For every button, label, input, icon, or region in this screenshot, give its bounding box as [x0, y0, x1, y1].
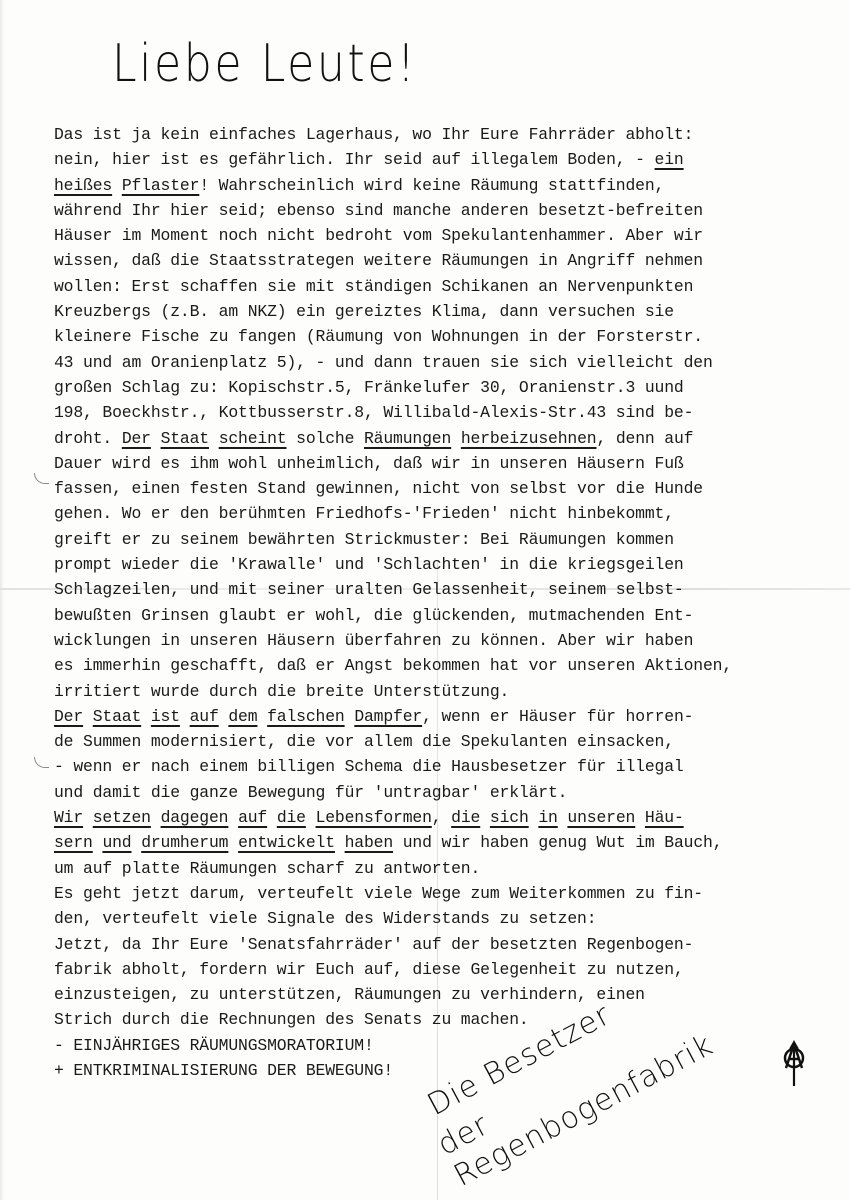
- text-segment: kleinere Fische zu fangen (Räumung von W…: [54, 327, 703, 346]
- text-line: Es geht jetzt darum, verteufelt viele We…: [54, 881, 844, 906]
- underlined-phrase: die: [451, 808, 480, 827]
- text-segment: bewußten Grinsen glaubt er wohl, die glü…: [54, 606, 693, 625]
- text-segment: irritiert wurde durch die breite Unterst…: [54, 682, 509, 701]
- text-segment: [480, 808, 490, 827]
- underlined-phrase: haben: [345, 833, 393, 852]
- text-segment: [228, 808, 238, 827]
- text-segment: [209, 429, 219, 448]
- text-segment: ! Wahrscheinlich wird keine Räumung stat…: [199, 176, 664, 195]
- text-segment: Strich durch die Rechnungen des Senats z…: [54, 1010, 529, 1029]
- text-line: bewußten Grinsen glaubt er wohl, die glü…: [54, 603, 844, 628]
- text-segment: und wir haben genug Wut im Bauch,: [393, 833, 722, 852]
- text-line: de Summen modernisiert, die vor allem di…: [54, 729, 844, 754]
- text-segment: [345, 707, 355, 726]
- underlined-phrase: herbeizusehnen: [461, 429, 597, 448]
- text-segment: Häuser im Moment noch nicht bedroht vom …: [54, 226, 703, 245]
- text-segment: greift er zu seinem bewährten Strickmust…: [54, 530, 674, 549]
- text-line: wollen: Erst schaffen sie mit ständigen …: [54, 274, 844, 299]
- text-line: Der Staat ist auf dem falschen Dampfer, …: [54, 704, 844, 729]
- underlined-phrase: die: [277, 808, 306, 827]
- text-segment: [151, 429, 161, 448]
- text-line: um auf platte Räumungen scharf zu antwor…: [54, 856, 844, 881]
- text-segment: fassen, einen festen Stand gewinnen, nic…: [54, 479, 703, 498]
- text-segment: droht.: [54, 429, 122, 448]
- text-segment: [635, 808, 645, 827]
- handwritten-heading: Liebe Leute!: [112, 34, 417, 94]
- text-segment: wicklungen in unseren Häusern überfahren…: [54, 631, 693, 650]
- text-segment: den, verteufelt viele Signale des Widers…: [54, 909, 596, 928]
- text-segment: Dauer wird es ihm wohl unheimlich, daß w…: [54, 454, 684, 473]
- underlined-phrase: Räumungen: [364, 429, 451, 448]
- text-line: greift er zu seinem bewährten Strickmust…: [54, 527, 844, 552]
- underlined-phrase: setzen: [93, 808, 151, 827]
- text-line: es immerhin geschafft, daß er Angst beko…: [54, 653, 844, 678]
- text-line: während Ihr hier seid; ebenso sind manch…: [54, 198, 844, 223]
- underlined-phrase: sern: [54, 833, 93, 852]
- text-line: fassen, einen festen Stand gewinnen, nic…: [54, 476, 844, 501]
- anarchy-icon: [780, 1040, 808, 1090]
- text-segment: , denn auf: [596, 429, 693, 448]
- underlined-phrase: auf: [190, 707, 219, 726]
- text-segment: [132, 833, 142, 852]
- underlined-phrase: dagegen: [161, 808, 229, 827]
- text-segment: [558, 808, 568, 827]
- underlined-phrase: Lebensformen: [316, 808, 432, 827]
- text-segment: 43 und am Oranienplatz 5), - und dann tr…: [54, 353, 713, 372]
- text-segment: [219, 707, 229, 726]
- text-line: heißes Pflaster! Wahrscheinlich wird kei…: [54, 173, 844, 198]
- underlined-phrase: entwickelt: [238, 833, 335, 852]
- text-segment: [151, 808, 161, 827]
- text-segment: fabrik abholt, fordern wir Euch auf, die…: [54, 960, 684, 979]
- text-line: Kreuzbergs (z.B. am NKZ) ein gereiztes K…: [54, 299, 844, 324]
- underlined-phrase: sich: [490, 808, 529, 827]
- text-segment: Schlagzeilen, und mit seiner uralten Gel…: [54, 580, 684, 599]
- text-line: Schlagzeilen, und mit seiner uralten Gel…: [54, 577, 844, 602]
- text-line: Das ist ja kein einfaches Lagerhaus, wo …: [54, 122, 844, 147]
- text-segment: während Ihr hier seid; ebenso sind manch…: [54, 201, 703, 220]
- text-line: Wir setzen dagegen auf die Lebensformen,…: [54, 805, 844, 830]
- text-segment: [451, 429, 461, 448]
- text-segment: [529, 808, 539, 827]
- underlined-phrase: Der: [54, 707, 83, 726]
- text-line: wicklungen in unseren Häusern überfahren…: [54, 628, 844, 653]
- underlined-phrase: falschen: [267, 707, 345, 726]
- text-line: sern und drumherum entwickelt haben und …: [54, 830, 844, 855]
- text-line: 198, Boeckhstr., Kottbusserstr.8, Willib…: [54, 400, 844, 425]
- text-segment: nein, hier ist es gefährlich. Ihr seid a…: [54, 150, 655, 169]
- text-line: Jetzt, da Ihr Eure 'Senatsfahrräder' auf…: [54, 932, 844, 957]
- text-segment: - EINJÄHRIGES RÄUMUNGSMORATORIUM!: [54, 1036, 374, 1055]
- text-segment: 198, Boeckhstr., Kottbusserstr.8, Willib…: [54, 403, 693, 422]
- text-segment: de Summen modernisiert, die vor allem di…: [54, 732, 674, 751]
- text-line: 43 und am Oranienplatz 5), - und dann tr…: [54, 350, 844, 375]
- text-segment: [83, 707, 93, 726]
- text-line: Häuser im Moment noch nicht bedroht vom …: [54, 223, 844, 248]
- text-segment: wollen: Erst schaffen sie mit ständigen …: [54, 277, 693, 296]
- underlined-phrase: Staat: [161, 429, 209, 448]
- text-segment: [141, 707, 151, 726]
- text-line: gehen. Wo er den berühmten Friedhofs-'Fr…: [54, 501, 844, 526]
- text-segment: gehen. Wo er den berühmten Friedhofs-'Fr…: [54, 504, 674, 523]
- text-segment: [306, 808, 316, 827]
- text-line: prompt wieder die 'Krawalle' und 'Schlac…: [54, 552, 844, 577]
- text-segment: einzusteigen, zu unterstützen, Räumungen…: [54, 985, 645, 1004]
- text-segment: um auf platte Räumungen scharf zu antwor…: [54, 859, 480, 878]
- text-line: droht. Der Staat scheint solche Räumunge…: [54, 426, 844, 451]
- underlined-phrase: in: [538, 808, 557, 827]
- text-line: wissen, daß die Staatsstrategen weitere …: [54, 248, 844, 273]
- text-line: kleinere Fische zu fangen (Räumung von W…: [54, 324, 844, 349]
- text-segment: [83, 808, 93, 827]
- underlined-phrase: und: [102, 833, 131, 852]
- text-line: irritiert wurde durch die breite Unterst…: [54, 679, 844, 704]
- underlined-phrase: Wir: [54, 808, 83, 827]
- underlined-phrase: auf: [238, 808, 267, 827]
- text-segment: [93, 833, 103, 852]
- underlined-phrase: Staat: [93, 707, 141, 726]
- text-segment: Es geht jetzt darum, verteufelt viele We…: [54, 884, 703, 903]
- underlined-phrase: dem: [228, 707, 257, 726]
- text-segment: Jetzt, da Ihr Eure 'Senatsfahrräder' auf…: [54, 935, 693, 954]
- underlined-phrase: ist: [151, 707, 180, 726]
- underlined-phrase: scheint: [219, 429, 287, 448]
- text-segment: , wenn er Häuser für horren-: [422, 707, 693, 726]
- text-segment: und damit die ganze Bewegung für 'untrag…: [54, 783, 567, 802]
- text-segment: prompt wieder die 'Krawalle' und 'Schlac…: [54, 555, 684, 574]
- text-segment: [180, 707, 190, 726]
- text-segment: [257, 707, 267, 726]
- text-segment: wissen, daß die Staatsstrategen weitere …: [54, 251, 703, 270]
- text-line: fabrik abholt, fordern wir Euch auf, die…: [54, 957, 844, 982]
- underlined-phrase: Der: [122, 429, 151, 448]
- margin-pencil-mark: [34, 757, 49, 768]
- margin-pencil-mark: [34, 473, 49, 484]
- text-segment: solche: [287, 429, 365, 448]
- text-segment: großen Schlag zu: Kopischstr.5, Fränkelu…: [54, 378, 684, 397]
- underlined-phrase: heißes: [54, 176, 112, 195]
- flyer-page: Liebe Leute! Das ist ja kein einfaches L…: [0, 0, 850, 1200]
- underlined-phrase: ein: [655, 150, 684, 169]
- text-segment: - wenn er nach einem billigen Schema die…: [54, 757, 684, 776]
- underlined-phrase: Pflaster: [122, 176, 200, 195]
- text-segment: Kreuzbergs (z.B. am NKZ) ein gereiztes K…: [54, 302, 674, 321]
- text-line: - wenn er nach einem billigen Schema die…: [54, 754, 844, 779]
- text-segment: [112, 176, 122, 195]
- typewritten-body: Das ist ja kein einfaches Lagerhaus, wo …: [54, 122, 844, 1083]
- underlined-phrase: Häu-: [645, 808, 684, 827]
- text-segment: [267, 808, 277, 827]
- text-segment: + ENTKRIMINALISIERUNG DER BEWEGUNG!: [54, 1061, 393, 1080]
- text-segment: es immerhin geschafft, daß er Angst beko…: [54, 656, 732, 675]
- text-segment: [335, 833, 345, 852]
- text-segment: [228, 833, 238, 852]
- paper-edge-shadow: [0, 0, 4, 1200]
- underlined-phrase: drumherum: [141, 833, 228, 852]
- text-line: den, verteufelt viele Signale des Widers…: [54, 906, 844, 931]
- text-line: Dauer wird es ihm wohl unheimlich, daß w…: [54, 451, 844, 476]
- text-segment: ,: [432, 808, 451, 827]
- text-line: nein, hier ist es gefährlich. Ihr seid a…: [54, 147, 844, 172]
- text-line: großen Schlag zu: Kopischstr.5, Fränkelu…: [54, 375, 844, 400]
- underlined-phrase: unseren: [567, 808, 635, 827]
- underlined-phrase: Dampfer: [354, 707, 422, 726]
- text-segment: Das ist ja kein einfaches Lagerhaus, wo …: [54, 125, 693, 144]
- text-line: und damit die ganze Bewegung für 'untrag…: [54, 780, 844, 805]
